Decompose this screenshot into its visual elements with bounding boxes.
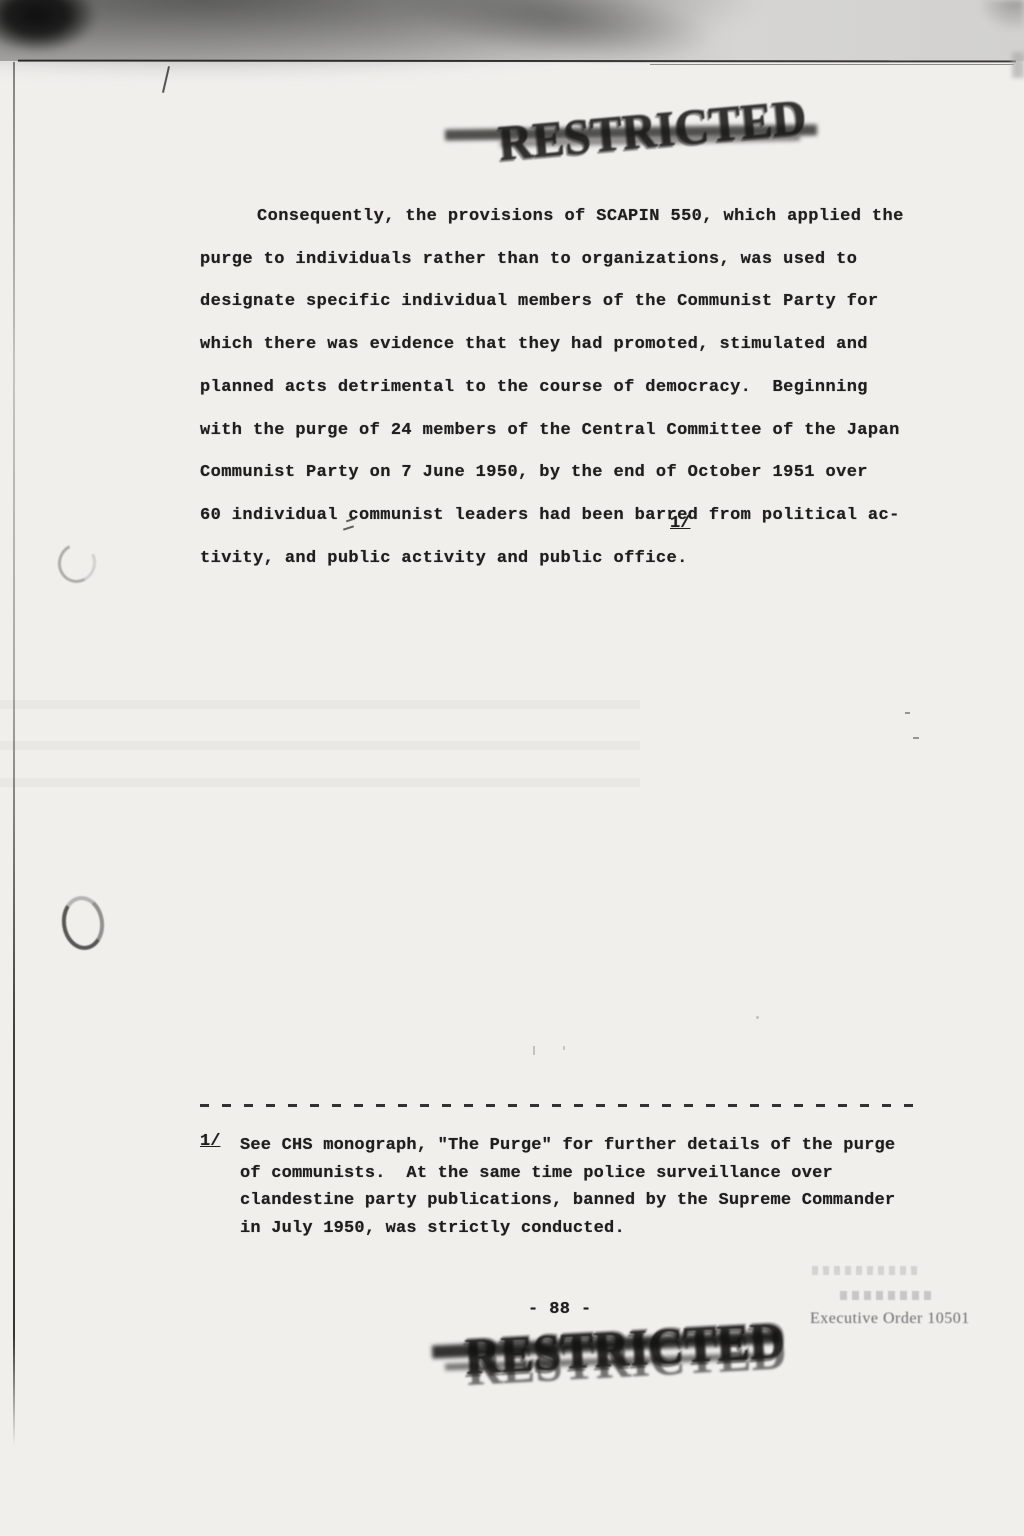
footnote-text-line: of communists. At the same time police s… (240, 1160, 940, 1188)
illegible-stamp-line (840, 1291, 932, 1300)
paper-streak (0, 741, 640, 750)
margin-circle-mark (58, 893, 107, 952)
paper-streak (0, 700, 640, 709)
footnote-separator-dashes (200, 1104, 916, 1107)
margin-circle-mark (53, 538, 102, 588)
body-text-line: which there was evidence that they had p… (200, 324, 920, 367)
scan-top-edge-band (0, 0, 1024, 61)
page-top-edge-line (650, 64, 1014, 65)
page-number: - 88 - (528, 1300, 592, 1319)
body-text-line: Communist Party on 7 June 1950, by the e… (200, 452, 920, 495)
body-text-line: purge to individuals rather than to orga… (200, 239, 920, 282)
scan-corner-blot (0, 0, 96, 52)
footnote-text-line: See CHS monograph, "The Purge" for furth… (240, 1132, 940, 1160)
scan-smudge (1012, 52, 1024, 78)
restricted-stamp-top: RESTRICTED (478, 100, 808, 172)
footnote-text-line: clandestine party publications, banned b… (240, 1187, 940, 1215)
body-paragraph: Consequently, the provisions of SCAPIN 5… (200, 196, 920, 580)
paper-speck (913, 737, 919, 739)
restricted-stamp-bottom: RESTRICTED (445, 1318, 775, 1404)
paper-speck (563, 1046, 565, 1050)
scan-smudge (980, 0, 1024, 30)
footnote-paragraph: See CHS monograph, "The Purge" for furth… (240, 1132, 940, 1242)
executive-order-stamp-text: Executive Order 10501 (810, 1310, 970, 1328)
paper-speck (533, 1046, 535, 1055)
paper-speck (756, 1016, 759, 1019)
body-text-line: planned acts detrimental to the course o… (200, 367, 920, 410)
illegible-stamp-line (812, 1266, 920, 1275)
scanned-document-page: RESTRICTED Consequently, the provisions … (0, 0, 1024, 1536)
body-text-line: designate specific individual members of… (200, 281, 920, 324)
paper-streak (0, 778, 640, 787)
paper-speck (905, 712, 910, 714)
footnote-text-line: in July 1950, was strictly conducted. (240, 1215, 940, 1243)
body-text-line: with the purge of 24 members of the Cent… (200, 410, 920, 453)
body-text-line: Consequently, the provisions of SCAPIN 5… (200, 196, 920, 239)
page-left-edge-line (13, 62, 15, 1446)
footnote-marker: 1/ (200, 1132, 220, 1151)
body-text-line: 60 individual communist leaders had been… (200, 495, 920, 538)
body-text-line: tivity, and public activity and public o… (200, 538, 920, 581)
footnote-reference-superscript: 1/ (670, 514, 690, 533)
